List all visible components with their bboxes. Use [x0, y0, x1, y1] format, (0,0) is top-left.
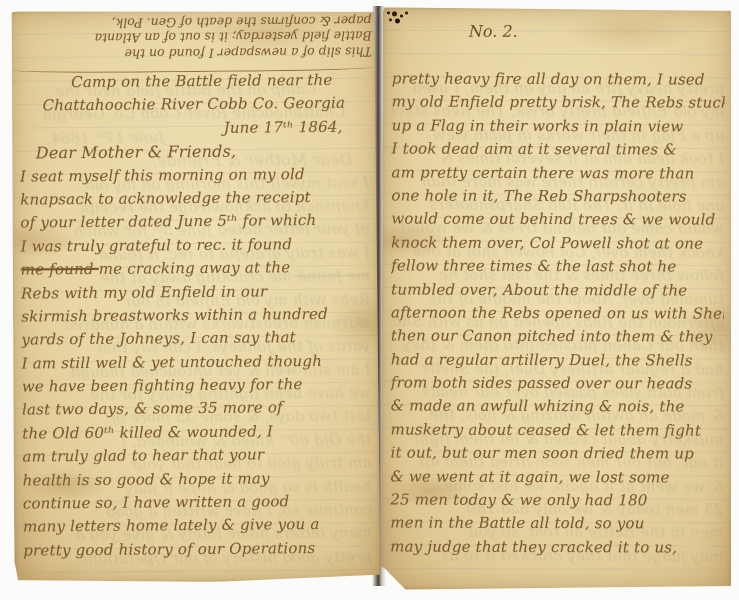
ink-smudge — [387, 11, 390, 14]
letter-line: last two days, & some 35 more of — [22, 398, 371, 424]
struck-words: me found — [21, 260, 99, 279]
letter-line: fellow three times & the last shot he — [391, 257, 724, 282]
letter-scan: This slip of a newspaper I found on theB… — [0, 0, 739, 600]
letter-line: pretty heavy fire all day on them, I use… — [392, 69, 725, 94]
letter-line: am pretty certain there was more than — [391, 163, 724, 188]
letter-line: yards of the Johneys, I can say that — [21, 328, 370, 354]
letter-line: many letters home lately & give you a — [23, 515, 372, 541]
letter-line: Camp on the Battle field near the — [19, 70, 368, 96]
letter-line: one hole in it, The Reb Sharpshooters — [391, 186, 724, 211]
letter-line: my old Enfield pretty brisk, The Rebs st… — [392, 93, 725, 118]
letter-line: knock them over, Col Powell shot at one — [391, 233, 724, 258]
letter-line: would come out behind trees & we would — [391, 210, 724, 235]
letter-line: I was truly grateful to rec. it found — [20, 234, 369, 260]
letter-line: tumbled over, About the middle of the — [391, 280, 724, 305]
letter-line: Rebs with my old Enfield in our — [21, 281, 370, 307]
letter-line: the Old 60ᵗʰ killed & wounded, I — [22, 421, 371, 447]
letter-line: I seat myself this morning on my old — [20, 164, 369, 190]
letter-line: up a Flag in their works in plain view — [392, 116, 725, 141]
letter-line: musketry about ceased & let them fight — [390, 420, 723, 445]
page-number-label: No. 2. — [469, 22, 518, 41]
inverted-note-line: paper & confirms the death of Gen. Polk, — [16, 13, 372, 32]
letter-line: we have been fighting heavy for the — [22, 375, 371, 401]
letter-line: men in the Battle all told, so you — [390, 514, 723, 539]
letter-line: of your letter dated June 5ᵗʰ for which — [20, 211, 369, 237]
letter-line: health is so good & hope it may — [23, 468, 372, 494]
inverted-note-line: This slip of a newspaper I found on the — [16, 44, 372, 63]
letter-line: & we went at it again, we lost some — [390, 467, 723, 492]
letter-line: June 17ᵗʰ 1864, — [19, 117, 368, 143]
letter-line: pretty good history of our Operations — [23, 538, 372, 564]
letter-line: & made an awfull whizing & nois, the — [391, 397, 724, 422]
letter-line: may judge that they cracked it to us, — [390, 537, 723, 562]
letter-line: from both sides passed over our heads — [391, 373, 724, 398]
letter-line: Chattahoochie River Cobb Co. Georgia — [19, 94, 368, 120]
letter-line: continue so, I have written a good — [23, 491, 372, 517]
left-page-text: Camp on the Battle field near theChattah… — [19, 70, 372, 564]
letter-line: it out, but our men soon dried them up — [390, 444, 723, 469]
right-page: No. 2. pretty heavy fire all day on them… — [381, 7, 733, 590]
inverted-newspaper-note: This slip of a newspaper I found on theB… — [16, 11, 372, 62]
letter-line: me found me cracking away at the — [21, 258, 370, 284]
letter-line: am truly glad to hear that your — [22, 445, 371, 471]
letter-line: afternoon the Rebs opened on us with She… — [391, 303, 724, 328]
letter-line: I am still well & yet untouched though — [22, 351, 371, 377]
letter-line: had a regular artillery Duel, the Shells — [391, 350, 724, 375]
letter-line: Dear Mother & Friends, — [20, 141, 369, 167]
letter-line: then our Canon pitched into them & they — [391, 327, 724, 352]
letter-line: 25 men today & we only had 180 — [390, 490, 723, 515]
letter-line: I took dead aim at it several times & — [391, 140, 724, 165]
letter-line: skirmish breastworks within a hundred — [21, 304, 370, 330]
right-page-text: pretty heavy fire all day on them, I use… — [390, 69, 725, 561]
left-page: This slip of a newspaper I found on theB… — [10, 8, 381, 583]
letter-line: knapsack to acknowledge the receipt — [20, 187, 369, 213]
